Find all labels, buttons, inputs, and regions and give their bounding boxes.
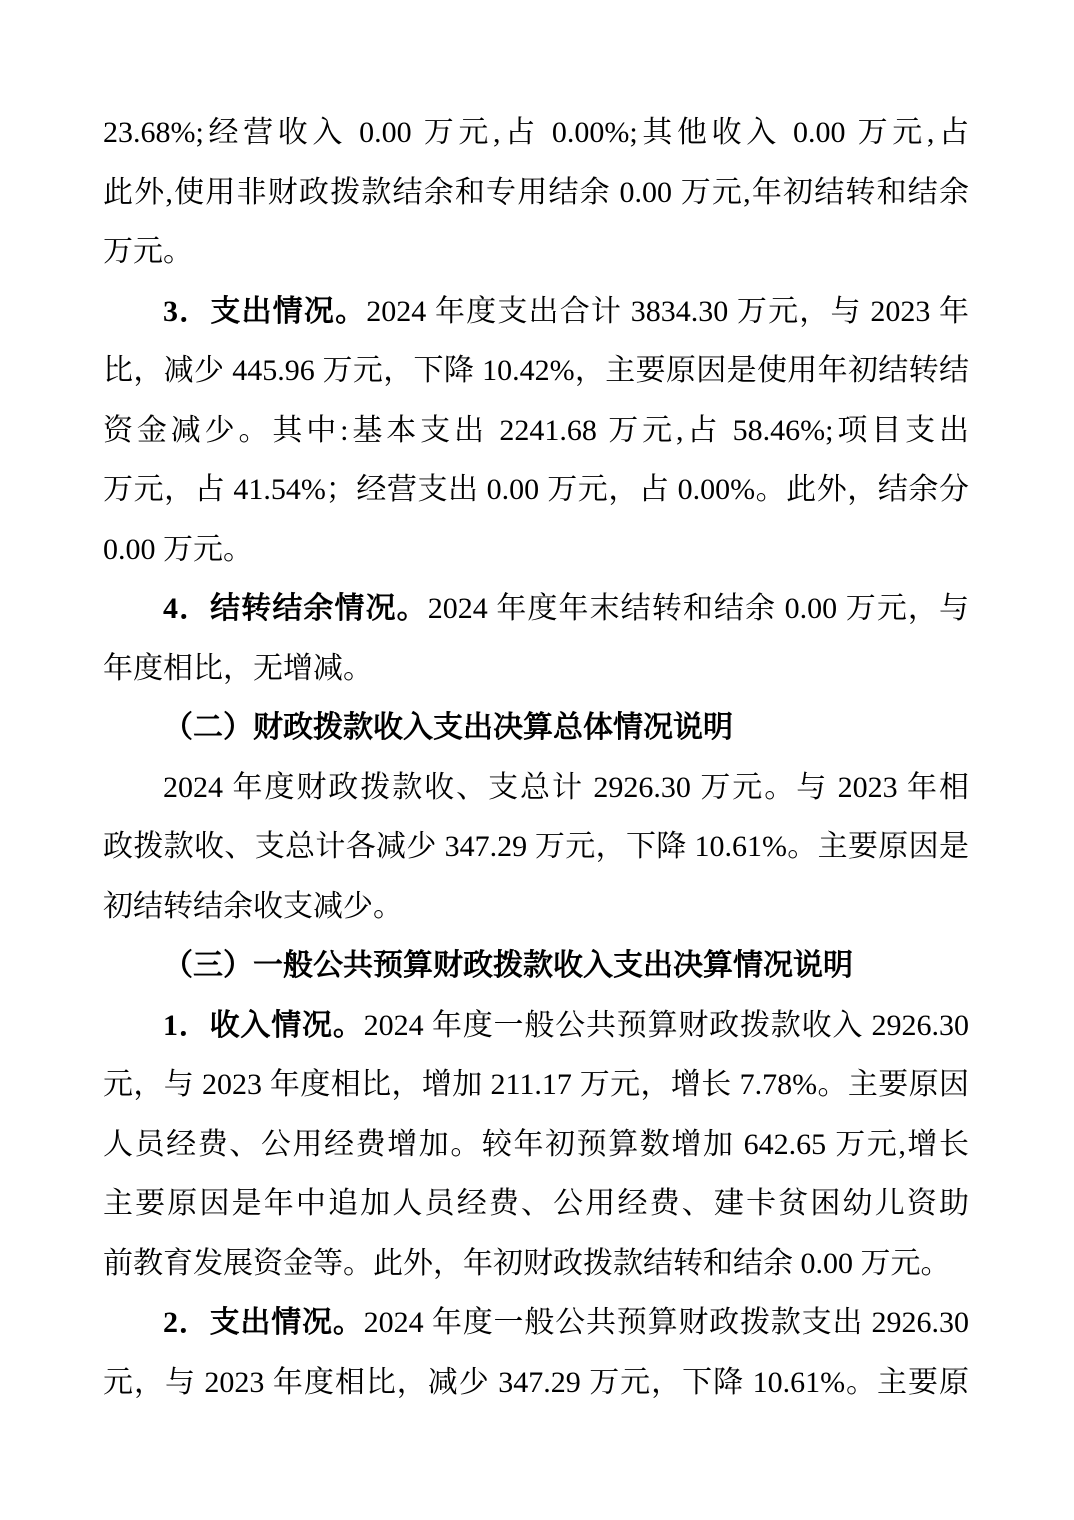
text-line: 人员经费、公用经费增加。较年初预算数增加 642.65 万元,增长 28.14%… xyxy=(103,1115,969,1175)
text-line: 3．支出情况。2024 年度支出合计 3834.30 万元，与 2023 年度相 xyxy=(103,282,969,342)
bold-text-segment: 2．支出情况。 xyxy=(163,1306,364,1339)
text-segment: 万元。 xyxy=(103,235,193,268)
text-line: 元，与 2023 年度相比，减少 347.29 万元，下降 10.61%。主要原… xyxy=(103,1353,969,1413)
text-segment: 此外,使用非财政拨款结余和专用结余 0.00 万元,年初结转和结余 0.00 xyxy=(103,176,969,223)
text-line: 2024 年度财政拨款收、支总计 2926.30 万元。与 2023 年相比，财 xyxy=(103,758,969,818)
text-segment: 比，减少 445.96 万元，下降 10.42%，主要原因是使用年初结转结余 xyxy=(103,354,969,401)
text-line: 万元，占 41.54%；经营支出 0.00 万元，占 0.00%。此外，结余分配 xyxy=(103,460,969,520)
text-segment: 元，与 2023 年度相比，增加 211.17 万元，增长 7.78%。主要原因… xyxy=(103,1068,969,1115)
section-heading: （二）财政拨款收入支出决算总体情况说明 xyxy=(103,698,969,758)
text-segment: 人员经费、公用经费增加。较年初预算数增加 642.65 万元,增长 28.14%… xyxy=(103,1128,969,1175)
text-line: 23.68%;经营收入 0.00 万元,占 0.00%;其他收入 0.00 万元… xyxy=(103,103,969,163)
text-segment: 2024 年度财政拨款收、支总计 2926.30 万元。与 2023 年相比，财 xyxy=(103,771,969,818)
bold-text-segment: 1．收入情况。 xyxy=(163,1009,364,1042)
text-line: 主要原因是年中追加人员经费、公用经费、建卡贫困幼儿资助款、学 xyxy=(103,1174,969,1234)
text-segment: 初结转结余收支减少。 xyxy=(103,890,403,923)
text-line: 政拨款收、支总计各减少 347.29 万元，下降 10.61%。主要原因是年 xyxy=(103,817,969,877)
text-segment: 主要原因是年中追加人员经费、公用经费、建卡贫困幼儿资助款、学 xyxy=(103,1187,969,1234)
text-line: 此外,使用非财政拨款结余和专用结余 0.00 万元,年初结转和结余 0.00 xyxy=(103,163,969,223)
text-line: 年度相比，无增减。 xyxy=(103,639,969,699)
text-line: 0.00 万元。 xyxy=(103,520,969,580)
bold-text-segment: （二）财政拨款收入支出决算总体情况说明 xyxy=(163,711,733,744)
text-segment: 年度相比，无增减。 xyxy=(103,652,373,685)
text-segment: 23.68%;经营收入 0.00 万元,占 0.00%;其他收入 0.00 万元… xyxy=(103,116,969,163)
bold-text-segment: 3．支出情况。 xyxy=(163,295,366,328)
text-segment: 元，与 2023 年度相比，减少 347.29 万元，下降 10.61%。主要原… xyxy=(103,1366,969,1413)
text-line: 资金减少。其中:基本支出 2241.68 万元,占 58.46%;项目支出 15… xyxy=(103,401,969,461)
text-segment: 万元，占 41.54%；经营支出 0.00 万元，占 0.00%。此外，结余分配 xyxy=(103,473,969,520)
text-segment: 政拨款收、支总计各减少 347.29 万元，下降 10.61%。主要原因是年 xyxy=(103,830,969,877)
text-line: 2．支出情况。2024 年度一般公共预算财政拨款支出 2926.30 万 xyxy=(103,1293,969,1353)
text-line: 比，减少 445.96 万元，下降 10.42%，主要原因是使用年初结转结余 xyxy=(103,341,969,401)
text-segment: 0.00 万元。 xyxy=(103,533,253,566)
text-segment: 前教育发展资金等。此外，年初财政拨款结转和结余 0.00 万元。 xyxy=(103,1247,951,1280)
text-line: 4．结转结余情况。2024 年度年末结转和结余 0.00 万元，与 2023 xyxy=(103,579,969,639)
document-page: 23.68%;经营收入 0.00 万元,占 0.00%;其他收入 0.00 万元… xyxy=(0,0,1074,1520)
text-line: 元，与 2023 年度相比，增加 211.17 万元，增长 7.78%。主要原因… xyxy=(103,1055,969,1115)
text-line: 1．收入情况。2024 年度一般公共预算财政拨款收入 2926.30 万 xyxy=(103,996,969,1056)
text-line: 万元。 xyxy=(103,222,969,282)
text-segment: 资金减少。其中:基本支出 2241.68 万元,占 58.46%;项目支出 15… xyxy=(103,414,969,461)
text-line: 前教育发展资金等。此外，年初财政拨款结转和结余 0.00 万元。 xyxy=(103,1234,969,1294)
text-line: 初结转结余收支减少。 xyxy=(103,877,969,937)
bold-text-segment: 4．结转结余情况。 xyxy=(163,592,428,625)
document-body: 23.68%;经营收入 0.00 万元,占 0.00%;其他收入 0.00 万元… xyxy=(103,103,969,1412)
section-heading: （三）一般公共预算财政拨款收入支出决算情况说明 xyxy=(103,936,969,996)
bold-text-segment: （三）一般公共预算财政拨款收入支出决算情况说明 xyxy=(163,949,853,982)
